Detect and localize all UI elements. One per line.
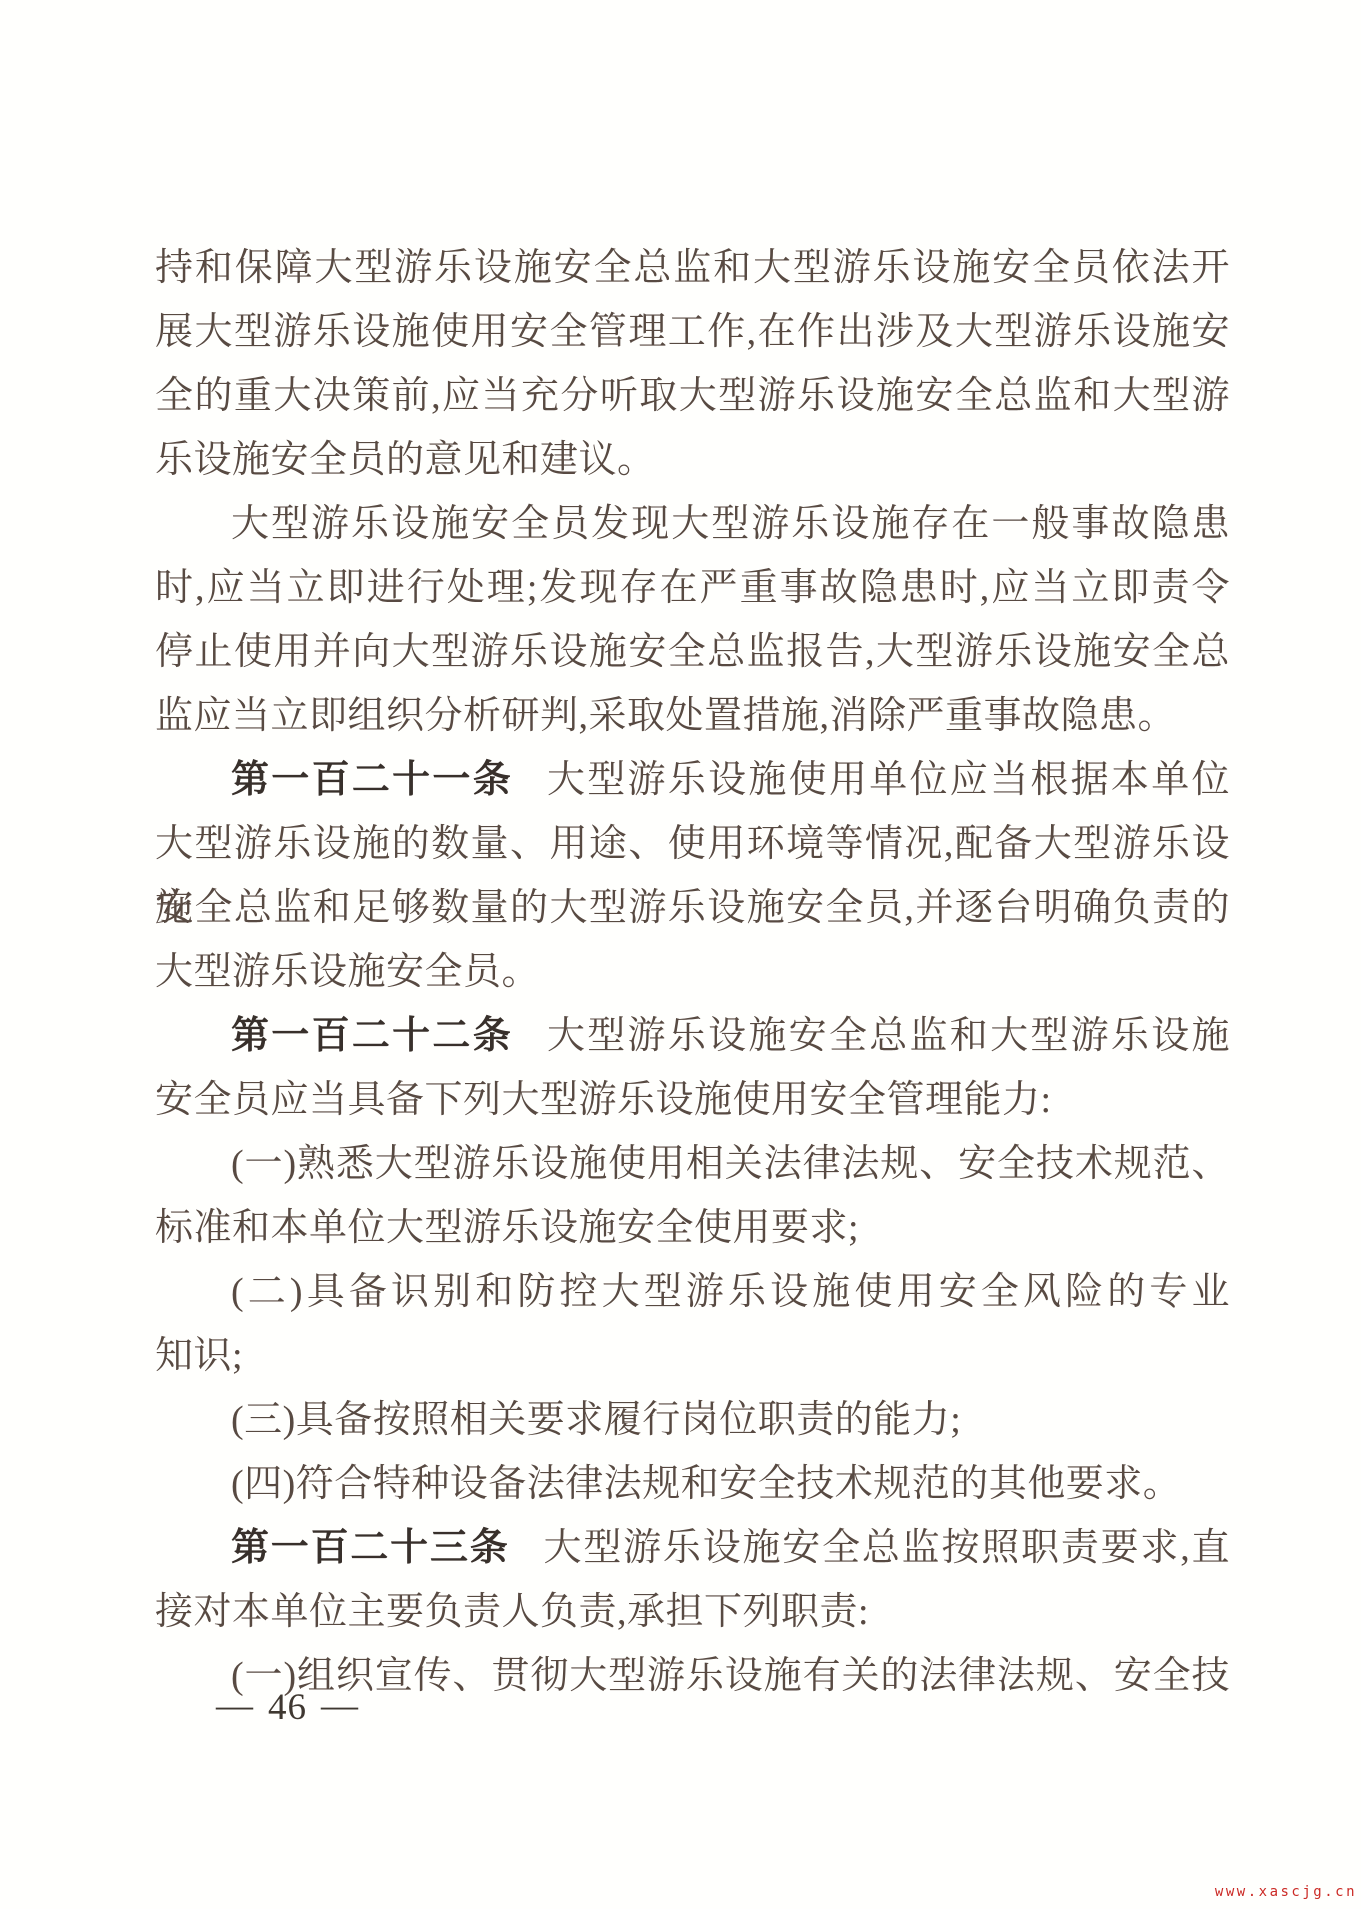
line-text: 安全员应当具备下列大型游乐设施使用安全管理能力: — [155, 1079, 1052, 1121]
text-line: 全的重大决策前,应当充分听取大型游乐设施安全总监和大型游 — [155, 364, 1230, 428]
line-text: 大型游乐设施安全员。 — [155, 951, 540, 993]
page-number-footer: —46— — [216, 1686, 359, 1730]
line-text: 大型游乐设施使用单位应当根据本单位 — [547, 759, 1230, 801]
text-line: 大型游乐设施安全员发现大型游乐设施存在一般事故隐患 — [155, 492, 1230, 556]
text-line: (二)具备识别和防控大型游乐设施使用安全风险的专业 — [155, 1260, 1230, 1324]
text-line: 第一百二十一条大型游乐设施使用单位应当根据本单位 — [155, 748, 1230, 812]
line-text: 乐设施安全员的意见和建议。 — [155, 439, 656, 481]
text-line: 大型游乐设施安全员。 — [155, 940, 1230, 1004]
line-text: (三)具备按照相关要求履行岗位职责的能力; — [231, 1399, 961, 1441]
text-line: 第一百二十二条大型游乐设施安全总监和大型游乐设施 — [155, 1004, 1230, 1068]
line-text: (四)符合特种设备法律法规和安全技术规范的其他要求。 — [231, 1463, 1181, 1505]
line-text: (一)熟悉大型游乐设施使用相关法律法规、安全技术规范、 — [231, 1143, 1230, 1185]
document-text-block: 持和保障大型游乐设施安全总监和大型游乐设施安全员依法开 展大型游乐设施使用安全管… — [155, 236, 1230, 1708]
line-text: 监应当立即组织分析研判,采取处置措施,消除严重事故隐患。 — [155, 695, 1176, 737]
text-line: 标准和本单位大型游乐设施安全使用要求; — [155, 1196, 1230, 1260]
text-line: 安全总监和足够数量的大型游乐设施安全员,并逐台明确负责的 — [155, 876, 1230, 940]
article-number: 第一百二十一条 — [231, 759, 513, 801]
text-line: 乐设施安全员的意见和建议。 — [155, 428, 1230, 492]
page-number: 46 — [268, 1687, 307, 1728]
line-text: (一)组织宣传、贯彻大型游乐设施有关的法律法规、安全技 — [231, 1655, 1230, 1697]
document-page: 持和保障大型游乐设施安全总监和大型游乐设施安全员依法开 展大型游乐设施使用安全管… — [0, 0, 1361, 1909]
text-line: 接对本单位主要负责人负责,承担下列职责: — [155, 1580, 1230, 1644]
line-text: 大型游乐设施安全总监和大型游乐设施 — [547, 1015, 1230, 1057]
line-text: 大型游乐设施安全员发现大型游乐设施存在一般事故隐患 — [231, 503, 1230, 545]
text-line: 展大型游乐设施使用安全管理工作,在作出涉及大型游乐设施安 — [155, 300, 1230, 364]
line-text: 持和保障大型游乐设施安全总监和大型游乐设施安全员依法开 — [155, 247, 1230, 289]
text-line: (三)具备按照相关要求履行岗位职责的能力; — [155, 1388, 1230, 1452]
text-line: 知识; — [155, 1324, 1230, 1388]
article-number: 第一百二十二条 — [231, 1015, 513, 1057]
line-text: 安全总监和足够数量的大型游乐设施安全员,并逐台明确负责的 — [155, 887, 1230, 929]
article-number: 第一百二十三条 — [231, 1527, 510, 1569]
line-text: 停止使用并向大型游乐设施安全总监报告,大型游乐设施安全总 — [155, 631, 1230, 673]
text-line: 持和保障大型游乐设施安全总监和大型游乐设施安全员依法开 — [155, 236, 1230, 300]
line-text: (二)具备识别和防控大型游乐设施使用安全风险的专业 — [231, 1271, 1230, 1313]
text-line: 大型游乐设施的数量、用途、使用环境等情况,配备大型游乐设施 — [155, 812, 1230, 876]
text-line: 安全员应当具备下列大型游乐设施使用安全管理能力: — [155, 1068, 1230, 1132]
line-text: 大型游乐设施安全总监按照职责要求,直 — [544, 1527, 1230, 1569]
text-line: (四)符合特种设备法律法规和安全技术规范的其他要求。 — [155, 1452, 1230, 1516]
footer-right-dash: — — [321, 1685, 359, 1726]
text-line: (一)熟悉大型游乐设施使用相关法律法规、安全技术规范、 — [155, 1132, 1230, 1196]
line-text: 知识; — [155, 1335, 243, 1377]
line-text: 全的重大决策前,应当充分听取大型游乐设施安全总监和大型游 — [155, 375, 1230, 417]
line-text: 接对本单位主要负责人负责,承担下列职责: — [155, 1591, 869, 1633]
footer-left-dash: — — [216, 1685, 254, 1726]
text-line: 监应当立即组织分析研判,采取处置措施,消除严重事故隐患。 — [155, 684, 1230, 748]
text-line: 第一百二十三条大型游乐设施安全总监按照职责要求,直 — [155, 1516, 1230, 1580]
text-line: 停止使用并向大型游乐设施安全总监报告,大型游乐设施安全总 — [155, 620, 1230, 684]
line-text: 展大型游乐设施使用安全管理工作,在作出涉及大型游乐设施安 — [155, 311, 1230, 353]
line-text: 时,应当立即进行处理;发现存在严重事故隐患时,应当立即责令 — [155, 567, 1230, 609]
watermark-text: www.xascjg.cn — [1215, 1884, 1357, 1900]
line-text: 标准和本单位大型游乐设施安全使用要求; — [155, 1207, 859, 1249]
text-line: 时,应当立即进行处理;发现存在严重事故隐患时,应当立即责令 — [155, 556, 1230, 620]
